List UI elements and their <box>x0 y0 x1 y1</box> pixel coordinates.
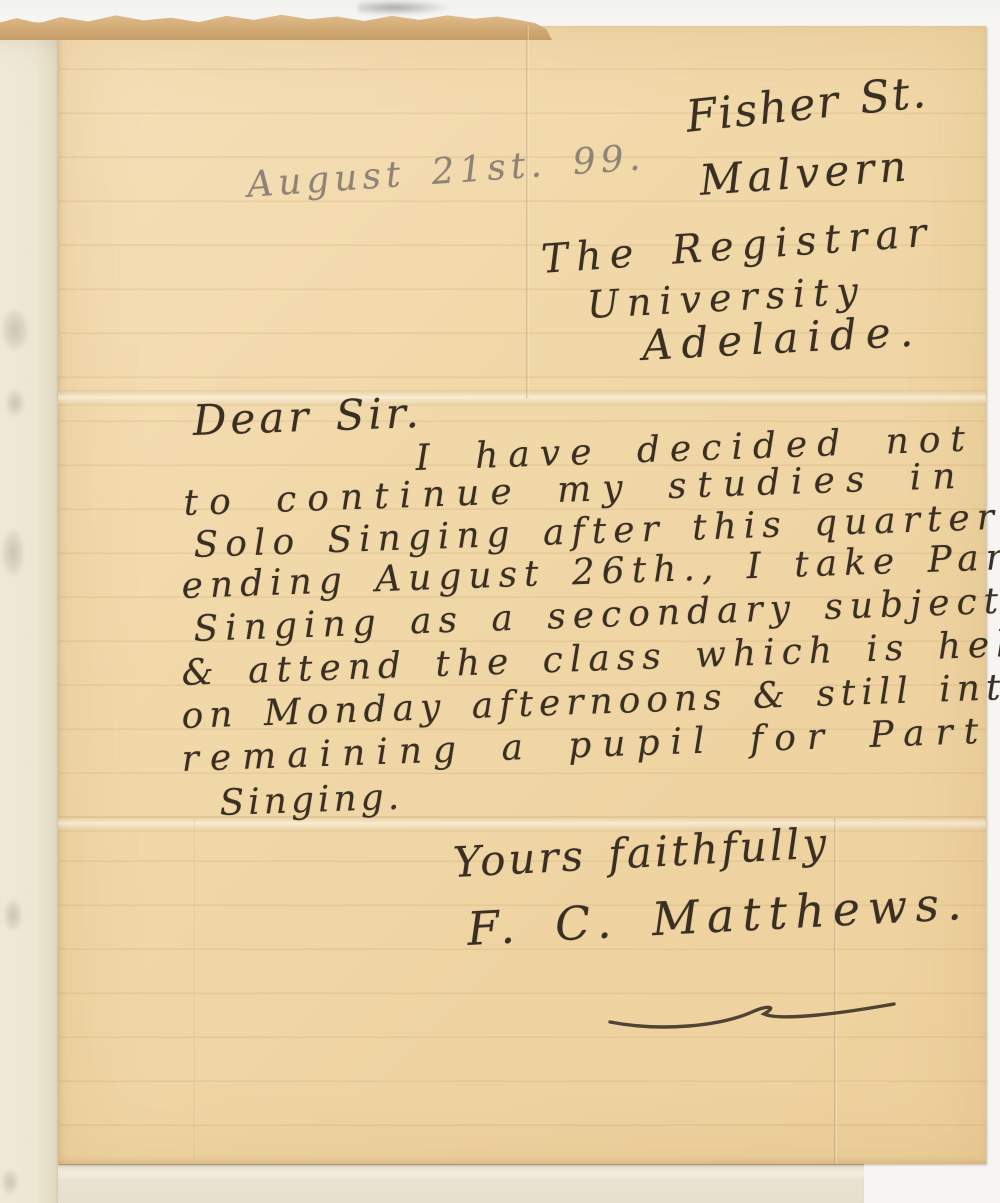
scanner-smudge <box>358 0 448 15</box>
horizontal-fold-crease-lower <box>58 816 986 832</box>
body-line: Singing. <box>219 780 404 822</box>
ink-showthrough-mark <box>2 530 24 576</box>
ink-showthrough-mark <box>2 310 28 350</box>
vertical-fold-crease-top <box>526 26 529 398</box>
ink-showthrough-mark <box>4 900 22 930</box>
vertical-fold-crease-bottom-left <box>194 818 196 1164</box>
under-page-left-edge <box>0 22 60 1203</box>
scanned-letter: Fisher St. Malvern August 21st. 99. The … <box>0 0 1000 1203</box>
ink-showthrough-mark <box>6 390 24 416</box>
signature-flourish <box>602 986 902 1038</box>
salutation: Dear Sir. <box>192 392 423 442</box>
under-page-bottom-edge <box>58 1164 864 1203</box>
ink-showthrough-mark <box>2 1170 18 1194</box>
